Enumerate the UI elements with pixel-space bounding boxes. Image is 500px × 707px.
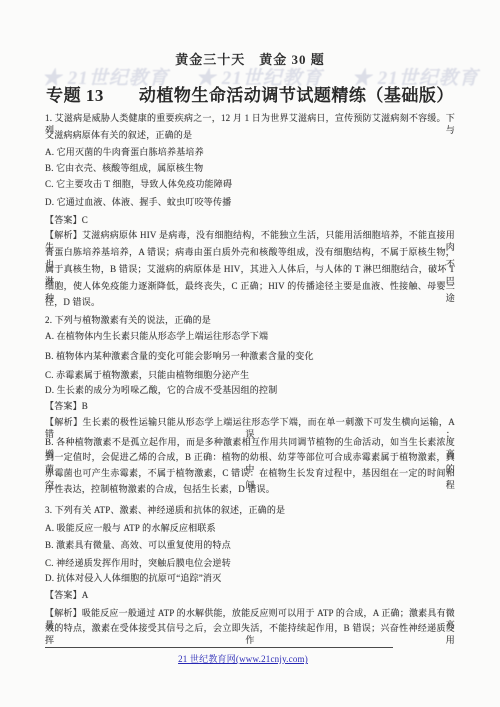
footer-divider [45, 647, 393, 648]
q3-analysis-line-2: 效的特点，激素在受体接受其信号之后，会立即失活，不能持续起作用，B 错误；兴奋性… [45, 622, 455, 646]
q3-option-d: D. 抗体对侵入人体细胞的抗原可“追踪”消灭 [45, 572, 455, 584]
q2-analysis-line-5: 序性表达，控制植物激素的合成，包括生长素，D 错误。 [45, 483, 455, 495]
q3-answer: 【答案】A [45, 589, 455, 601]
q1-option-c: C. 它主要攻击 T 细胞，导致人体免疫功能障碍 [45, 178, 455, 190]
q2-option-d: D. 生长素的成分为吲哚乙酸，它的合成不受基因组的控制 [45, 384, 455, 396]
q1-option-a: A. 它用灭菌的牛肉膏蛋白胨培养基培养 [45, 146, 455, 158]
q2-stem: 2. 下列与植物激素有关的说法，正确的是 [45, 314, 455, 326]
page-footer: 21 世纪教育网(www.21cnjy.com) [45, 652, 441, 665]
q1-stem-line-2: 艾滋病病原体有关的叙述，正确的是 [45, 129, 455, 141]
q3-stem: 3. 下列有关 ATP、激素、神经递质和抗体的叙述，正确的是 [45, 504, 455, 516]
document-page: ★ 21世纪教育 ★ 21世纪教育 ★ 21世纪教育 黄金三十天 黄金 30 题… [0, 0, 500, 707]
document-header: 黄金三十天 黄金 30 题 [0, 49, 500, 68]
q2-option-b: B. 植物体内某种激素含量的变化可能会影响另一种激素含量的变化 [45, 350, 455, 362]
q3-option-b: B. 激素具有微量、高效、可以重复使用的特点 [45, 539, 455, 551]
q2-answer: 【答案】B [45, 400, 455, 412]
q2-option-c: C. 赤霉素属于植物激素，只能由植物细胞分泌产生 [45, 369, 455, 381]
q3-option-a: A. 吸能反应一般与 ATP 的水解反应相联系 [45, 522, 455, 534]
q2-option-a: A. 在植物体内生长素只能从形态学上端运往形态学下端 [45, 330, 455, 342]
q1-option-b: B. 它由衣壳、核酸等组成，属原核生物 [45, 162, 455, 174]
page-title: 专题 13 动植物生命活动调节试题精练（基础版） [0, 81, 500, 106]
q3-option-c: C. 神经递质发挥作用时，突触后膜电位会逆转 [45, 557, 455, 569]
footer-site-link[interactable]: 21 世纪教育网(www.21cnjy.com) [178, 654, 308, 664]
q1-option-d: D. 它通过血液、体液、握手、蚊虫叮咬等传播 [45, 196, 455, 208]
q1-answer: 【答案】C [45, 214, 455, 226]
q1-analysis-line-5: 径，D 错误。 [45, 296, 455, 308]
